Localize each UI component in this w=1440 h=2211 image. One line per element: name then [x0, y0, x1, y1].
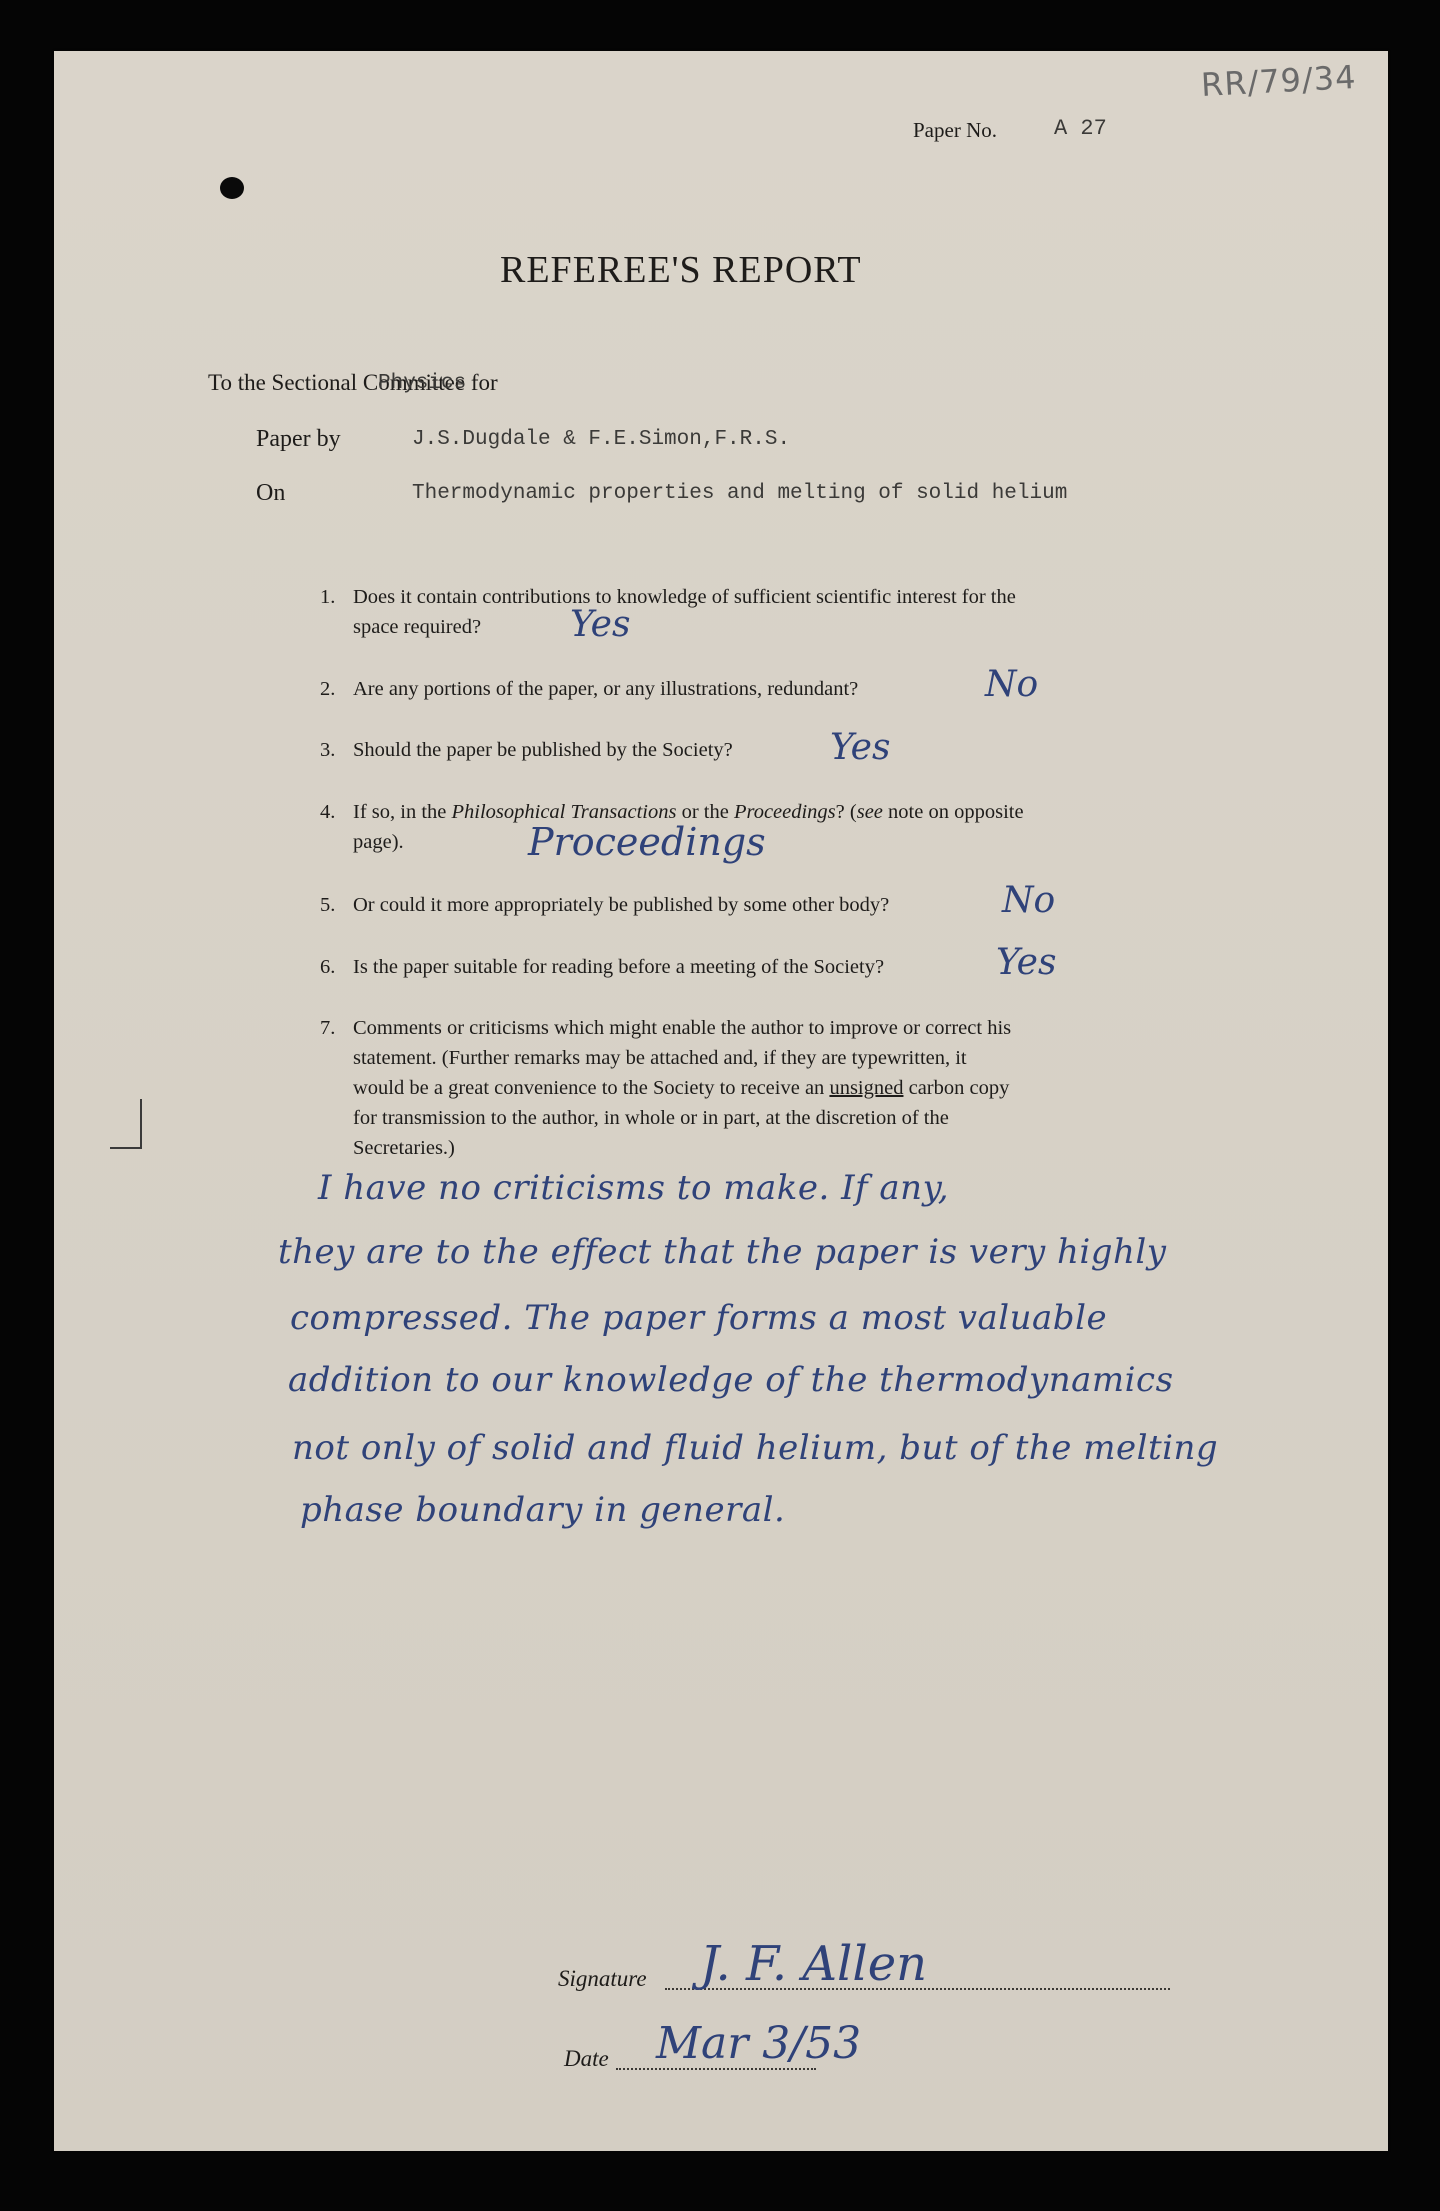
- question-number: 4.: [320, 797, 335, 827]
- paper-authors: J.S.Dugdale & F.E.Simon,F.R.S.: [412, 428, 790, 451]
- comment-line-3: compressed. The paper forms a most valua…: [290, 1298, 1107, 1338]
- unsigned-emphasis: unsigned: [829, 1077, 903, 1099]
- question-text-continued: for transmission to the author, in whole…: [320, 1103, 1176, 1133]
- answer-4: Proceedings: [528, 820, 766, 864]
- comment-line-2: they are to the effect that the paper is…: [278, 1232, 1167, 1272]
- paper-subject: Thermodynamic properties and melting of …: [412, 482, 1067, 505]
- comment-line-1: I have no criticisms to make. If any,: [318, 1168, 949, 1208]
- signature-label: Signature: [558, 1966, 647, 1992]
- question-2: 2. Are any portions of the paper, or any…: [320, 674, 1176, 704]
- answer-1: Yes: [570, 604, 630, 645]
- question-number: 2.: [320, 674, 335, 704]
- question-number: 1.: [320, 582, 335, 612]
- question-text: Comments or criticisms which might enabl…: [353, 1013, 1176, 1043]
- comment-line-4: addition to our knowledge of the thermod…: [288, 1360, 1174, 1400]
- page-title: REFEREE'S REPORT: [500, 248, 862, 292]
- paper-tear-mark: [110, 1099, 142, 1149]
- answer-2: No: [985, 664, 1038, 705]
- question-text: Are any portions of the paper, or any il…: [353, 674, 1176, 704]
- date-label: Date: [564, 2046, 609, 2072]
- question-number: 6.: [320, 952, 335, 982]
- answer-6: Yes: [996, 942, 1056, 983]
- question-3: 3. Should the paper be published by the …: [320, 735, 1176, 765]
- question-text-continued: statement. (Further remarks may be attac…: [320, 1043, 1176, 1073]
- question-text: Should the paper be published by the Soc…: [353, 735, 1176, 765]
- answer-3: Yes: [830, 727, 890, 768]
- comment-line-6: phase boundary in general.: [300, 1490, 785, 1530]
- punch-hole: [220, 177, 244, 199]
- question-number: 7.: [320, 1013, 335, 1043]
- paper-number-value: A 27: [1054, 116, 1107, 141]
- question-text: Does it contain contributions to knowled…: [353, 582, 1176, 612]
- question-text-continued: would be a great convenience to the Soci…: [320, 1073, 1176, 1103]
- committee-value: Physics: [378, 372, 466, 395]
- question-number: 3.: [320, 735, 335, 765]
- question-7: 7. Comments or criticisms which might en…: [320, 1013, 1176, 1163]
- question-text-continued: space required?: [320, 612, 1176, 642]
- answer-5: No: [1002, 880, 1055, 921]
- question-number: 5.: [320, 890, 335, 920]
- question-1: 1. Does it contain contributions to know…: [320, 582, 1176, 642]
- comment-line-5: not only of solid and fluid helium, but …: [292, 1428, 1218, 1468]
- signature-value: J. F. Allen: [700, 1936, 927, 1992]
- date-value: Mar 3/53: [656, 2018, 861, 2069]
- paper-by-label: Paper by: [256, 426, 341, 453]
- paper-number-label: Paper No.: [913, 118, 997, 143]
- archive-reference: RR/79/34: [1200, 58, 1357, 104]
- paper-on-label: On: [256, 480, 285, 507]
- question-text-continued: Secretaries.): [320, 1133, 1176, 1163]
